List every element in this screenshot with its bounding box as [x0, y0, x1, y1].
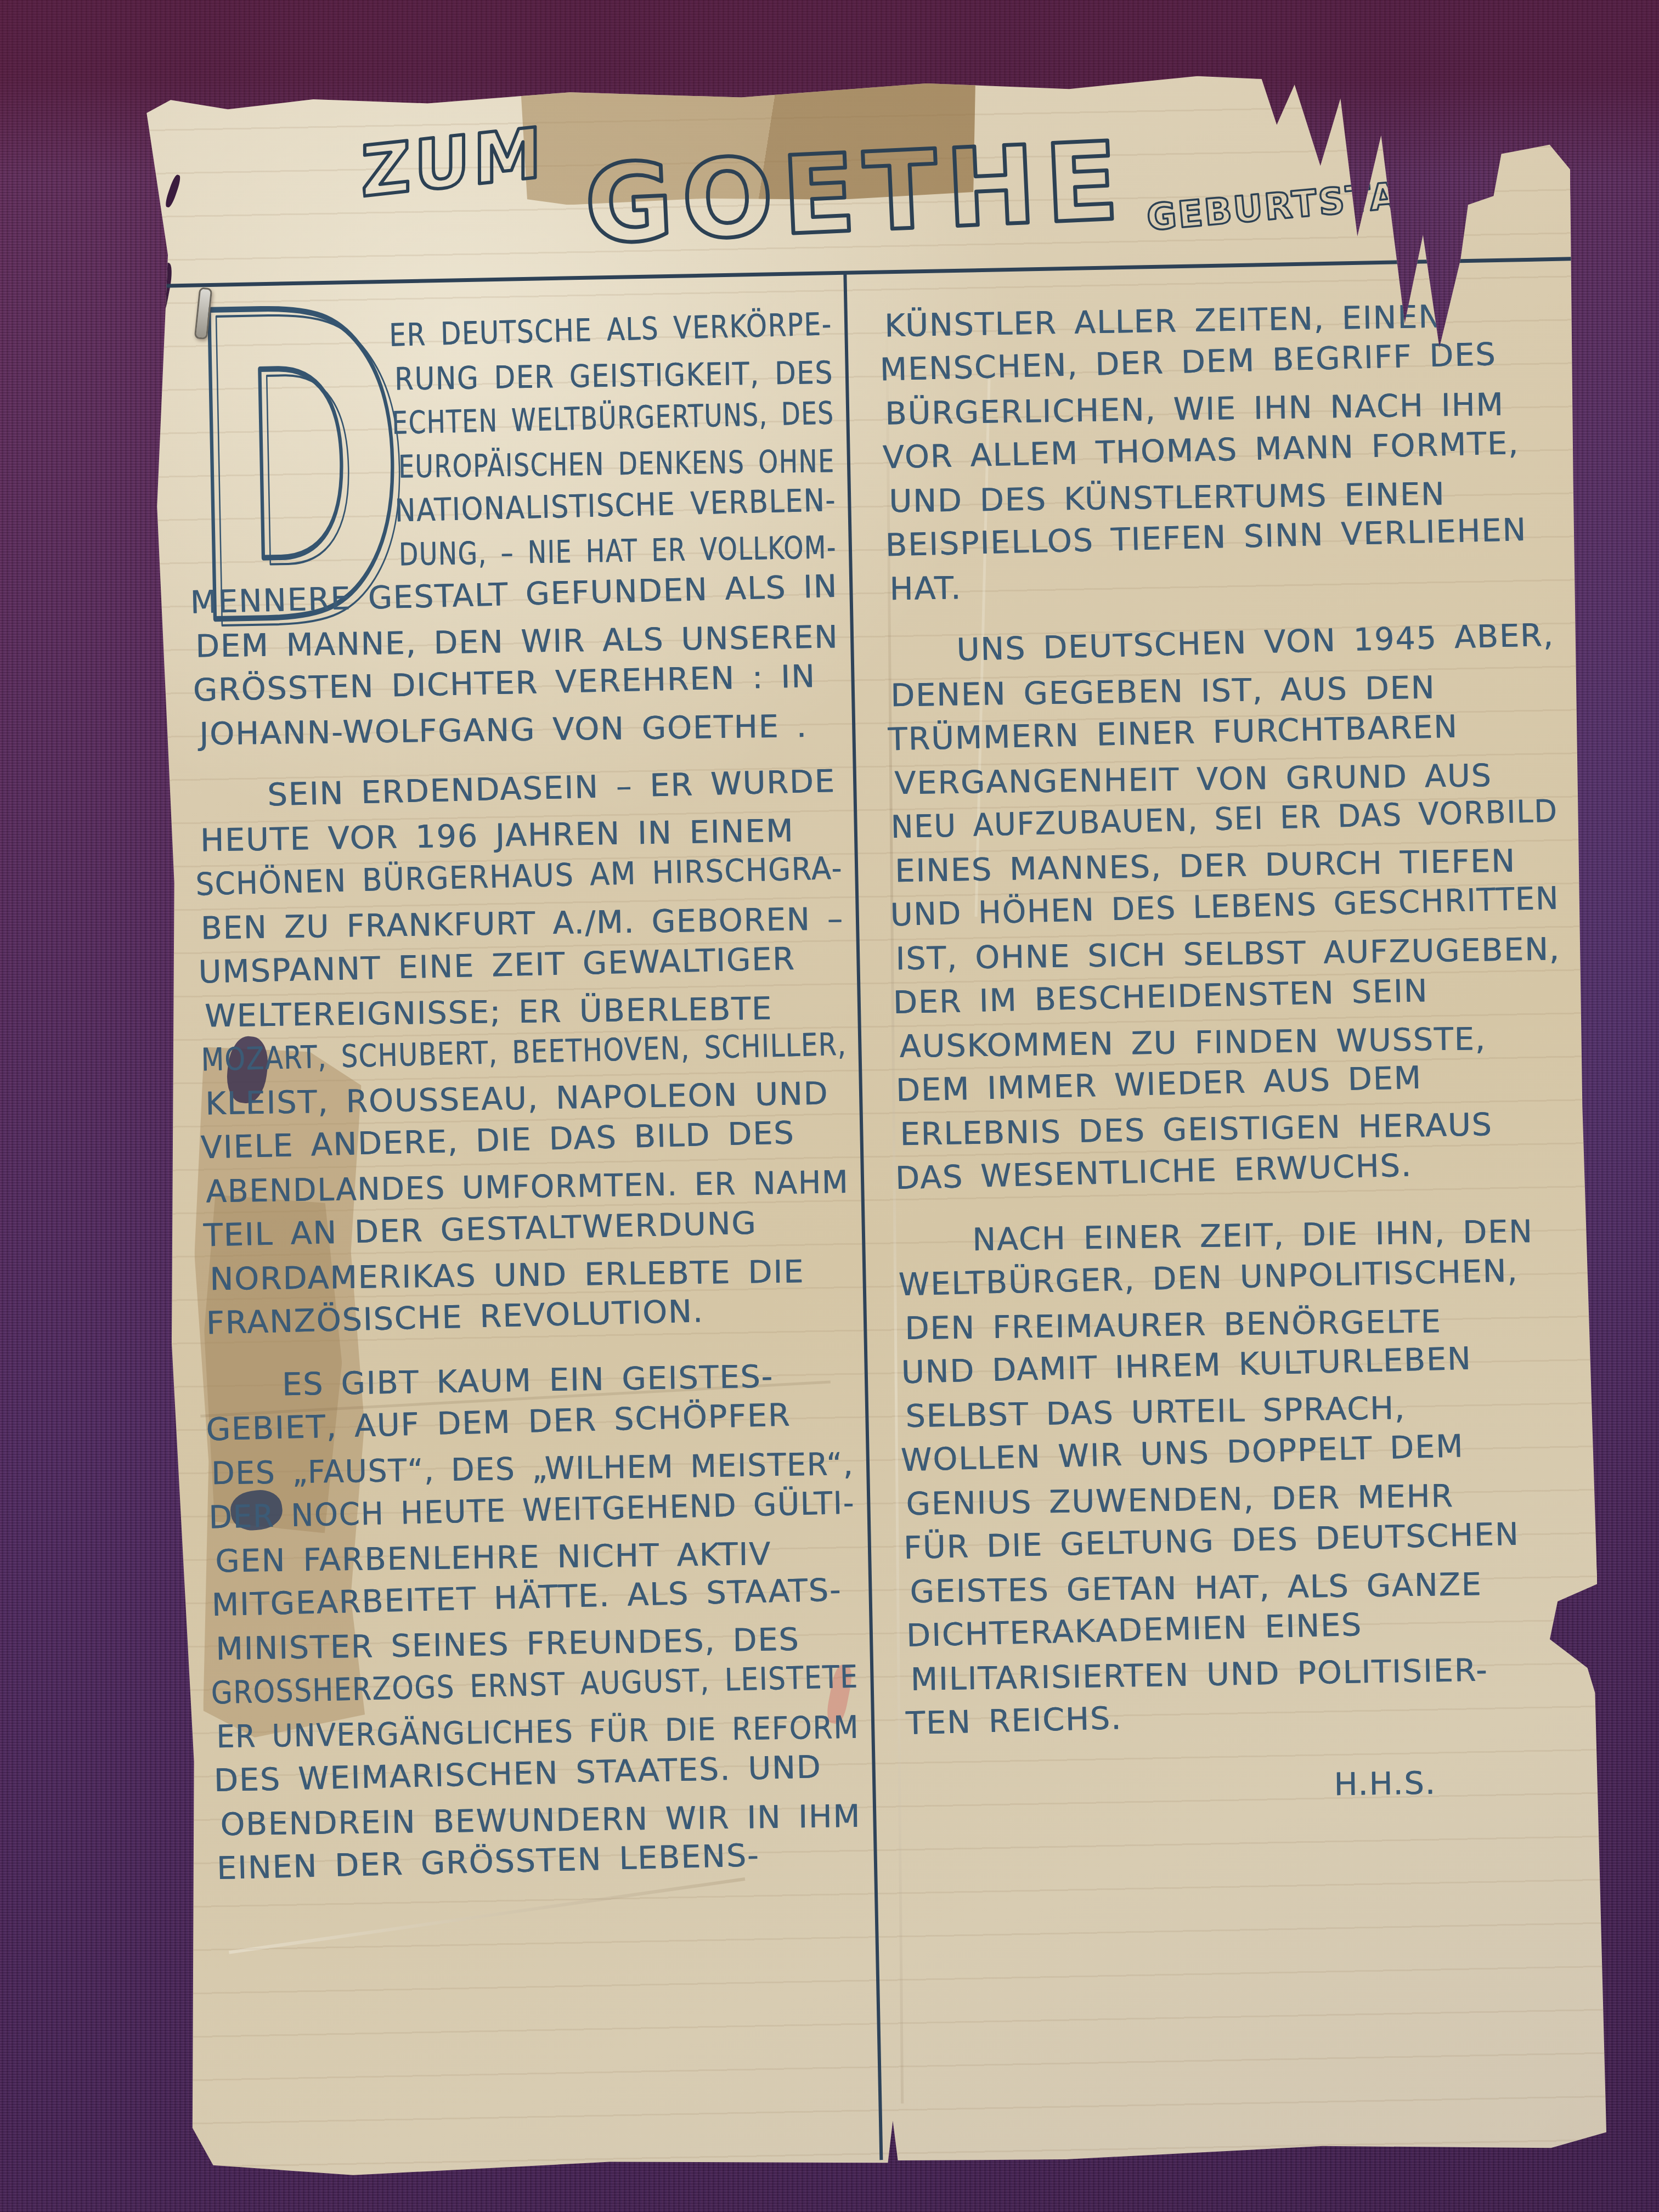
masthead-goethe-text: GOETHE: [582, 119, 1130, 268]
handwritten-line: ER DEUTSCHE ALS VERKÖRPE-: [388, 304, 764, 357]
torn-hole: [149, 261, 174, 324]
signature-row: H.H.S.: [907, 1758, 1577, 1815]
paragraph: KÜNSTLER ALLER ZEITEN, EINENMENSCHEN, DE…: [878, 291, 1554, 611]
torn-hole: [164, 174, 182, 208]
handwritten-line: NATIONALISTISCHE VERBLEN-: [394, 479, 785, 533]
paragraph: ES GIBT KAUM EIN GEISTES-GEBIET, AUF DEM…: [205, 1352, 862, 1891]
left-column: ER DEUTSCHE ALS VERKÖRPE-RUNG DER GEISTI…: [185, 305, 862, 1909]
masthead-word-geburtstag: GEBURTSTAG: [1142, 159, 1445, 247]
paragraph-lines-full-width: MENNERE GESTALT GEFUNDEN ALS INDEM MANNE…: [190, 568, 840, 757]
paragraph-lines-beside-dropcap: ER DEUTSCHE ALS VERKÖRPE-RUNG DER GEISTI…: [389, 305, 837, 577]
paragraph: SEIN ERDENDASEIN – ER WURDEHEUTE VOR 196…: [194, 763, 852, 1345]
paper-sheet: ZUM GOETHE GEBURTSTAG D D ER DEUTSCHE AL…: [142, 60, 1609, 2180]
handwritten-line: MENNERE GESTALT GEFUNDEN ALS IN: [190, 565, 832, 625]
handwritten-line: UNS DEUTSCHEN VON 1945 ABER,: [885, 613, 1555, 674]
handwritten-line: JOHANN-WOLFGANG VON GOETHE .: [199, 704, 840, 756]
paragraph: ER DEUTSCHE ALS VERKÖRPE-RUNG DER GEISTI…: [185, 305, 840, 757]
paragraph: NACH EINER ZEIT, DIE IHN, DENWELTBÜRGER,…: [896, 1206, 1575, 1746]
signature-initials: H.H.S.: [1334, 1761, 1436, 1807]
masthead-word-zum: ZUM: [356, 103, 551, 218]
masthead-word-goethe: GOETHE: [578, 114, 1148, 268]
paragraph: UNS DEUTSCHEN VON 1945 ABER,DENEN GEGEBE…: [885, 617, 1565, 1200]
photo-background-fabric: ZUM GOETHE GEBURTSTAG D D ER DEUTSCHE AL…: [0, 0, 1659, 2212]
handwritten-line: ECHTEN WELTBÜRGERTUNS, DES: [392, 393, 742, 445]
masthead-zum-text: ZUM: [361, 112, 545, 213]
masthead-geburtstag-text: GEBURTSTAG: [1145, 172, 1432, 239]
right-column: KÜNSTLER ALLER ZEITEN, EINENMENSCHEN, DE…: [878, 291, 1577, 1815]
